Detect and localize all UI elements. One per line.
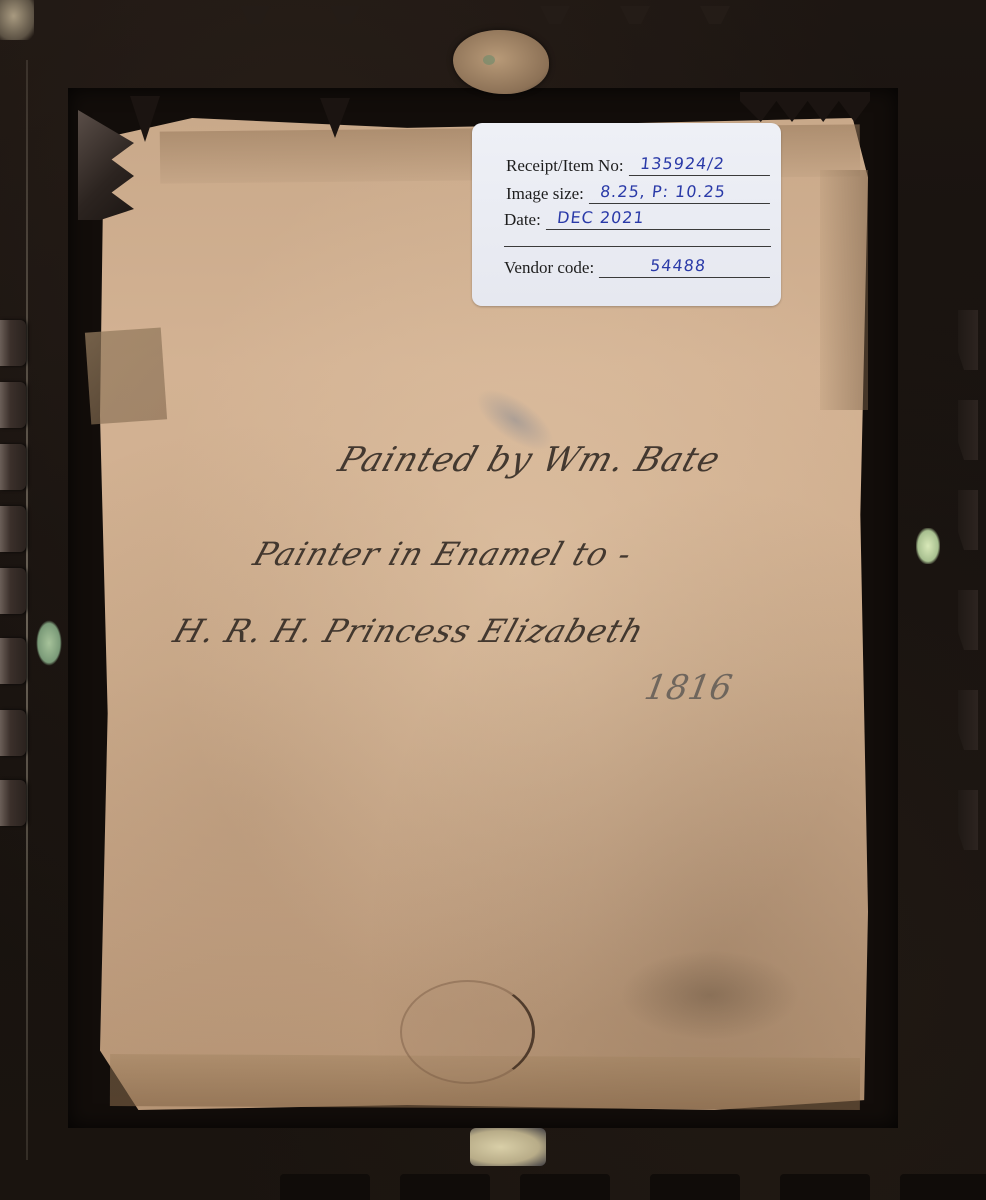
inscription-year: 1816 <box>641 668 735 708</box>
label-key: Date: <box>504 210 541 230</box>
label-row-receipt: Receipt/Item No: 135924/2 <box>506 155 771 176</box>
inscription-line-2: Painter in Enamel to - <box>249 535 637 573</box>
inventory-label: Receipt/Item No: 135924/2 Image size: 8.… <box>472 123 781 306</box>
damp-stain <box>620 950 800 1040</box>
label-row-date: Date: DEC 2021 <box>504 209 771 230</box>
old-tape-left <box>85 327 167 424</box>
frame-repair-patch-bottom <box>470 1128 546 1166</box>
frame-top-teeth <box>240 6 740 26</box>
old-tape-right <box>820 170 868 410</box>
inscription-line-3: H. R. H. Princess Elizabeth <box>169 612 649 650</box>
frame-repair-patch-top <box>453 30 549 94</box>
frame-right-teeth <box>948 310 978 870</box>
frame-paint-fleck-right <box>916 528 940 564</box>
frame-left-teeth <box>0 320 34 860</box>
frame-bottom-teeth <box>280 1172 980 1200</box>
label-row-image-size: Image size: 8.25, P: 10.25 <box>506 183 771 204</box>
label-value-receipt-no: 135924/2 <box>628 155 772 176</box>
label-key: Receipt/Item No: <box>506 156 624 176</box>
label-key: Image size: <box>506 184 584 204</box>
inscription-line-1: Painted by Wm. Bate <box>334 440 726 480</box>
frame-corner-wear <box>0 0 34 40</box>
frame-paint-fleck-left <box>36 620 62 666</box>
label-blank-line <box>504 246 771 247</box>
label-row-vendor: Vendor code: 54488 <box>504 257 771 278</box>
oval-stain <box>400 980 535 1084</box>
label-value-vendor-code: 54488 <box>599 257 772 278</box>
label-value-image-size: 8.25, P: 10.25 <box>589 183 772 204</box>
label-value-date: DEC 2021 <box>546 209 772 230</box>
label-key: Vendor code: <box>504 258 594 278</box>
